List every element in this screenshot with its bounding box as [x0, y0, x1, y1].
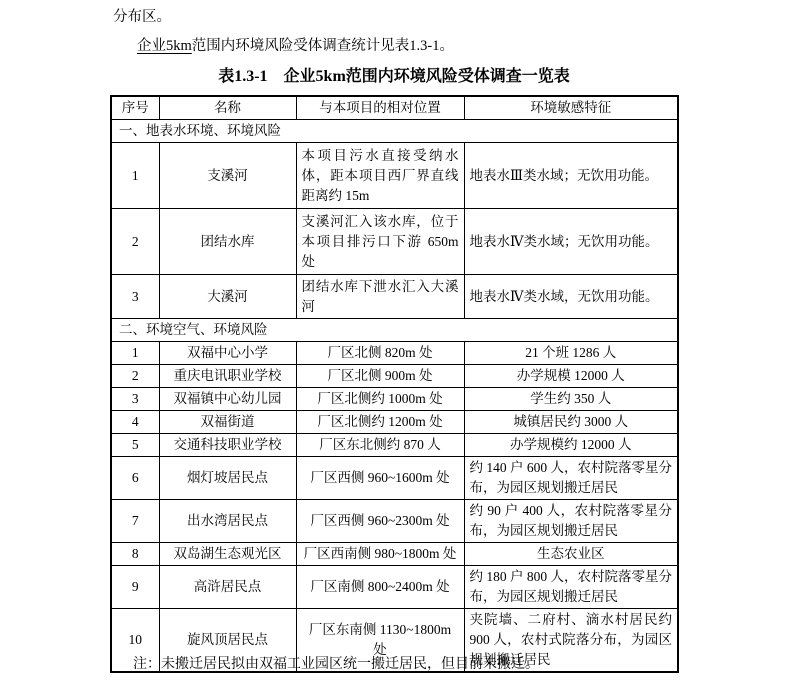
- cell-feature: 约 180 户 800 人，农村院落零星分布，为园区规划搬迁居民: [464, 566, 678, 609]
- cell-feature: 地表水Ⅳ类水域，无饮用功能。: [464, 275, 678, 319]
- table-row: 9 高浒居民点 厂区南侧 800~2400m 处 约 180 户 800 人，农…: [111, 566, 678, 609]
- cell-feature: 约 140 户 600 人，农村院落零星分布，为园区规划搬迁居民: [464, 457, 678, 500]
- cell-name: 支溪河: [159, 143, 296, 209]
- cell-position: 厂区东北侧约 870 人: [296, 434, 464, 457]
- cell-feature: 城镇居民约 3000 人: [464, 411, 678, 434]
- cell-name: 双岛湖生态观光区: [159, 543, 296, 566]
- paragraph-fragment: 分布区。: [113, 7, 171, 27]
- cell-position: 厂区南侧 800~2400m 处: [296, 566, 464, 609]
- cell-feature: 地表水Ⅳ类水域；无饮用功能。: [464, 209, 678, 275]
- table-row: 2 重庆电讯职业学校 厂区北侧 900m 处 办学规模 12000 人: [111, 365, 678, 388]
- column-header-name: 名称: [159, 96, 296, 120]
- table-title: 表1.3-1 企业5km范围内环境风险受体调查一览表: [0, 63, 788, 86]
- section-row-air: 二、环境空气、环境风险: [111, 319, 678, 342]
- cell-no: 3: [111, 275, 159, 319]
- column-header-feature: 环境敏感特征: [464, 96, 678, 120]
- cell-name: 高浒居民点: [159, 566, 296, 609]
- cell-feature: 地表水Ⅲ类水域；无饮用功能。: [464, 143, 678, 209]
- cell-name: 团结水库: [159, 209, 296, 275]
- table-row: 3 双福镇中心幼儿园 厂区北侧约 1000m 处 学生约 350 人: [111, 388, 678, 411]
- cell-no: 4: [111, 411, 159, 434]
- cell-position: 本项目污水直接受纳水体，距本项目西厂界直线距离约 15m: [296, 143, 464, 209]
- cell-no: 5: [111, 434, 159, 457]
- cell-name: 重庆电讯职业学校: [159, 365, 296, 388]
- section-row-surface-water: 一、地表水环境、环境风险: [111, 120, 678, 143]
- cell-no: 8: [111, 543, 159, 566]
- cell-feature: 学生约 350 人: [464, 388, 678, 411]
- table-row: 2 团结水库 支溪河汇入该水库，位于本项目排污口下游 650m 处 地表水Ⅳ类水…: [111, 209, 678, 275]
- cell-position: 厂区北侧 820m 处: [296, 342, 464, 365]
- table-row: 4 双福街道 厂区北侧约 1200m 处 城镇居民约 3000 人: [111, 411, 678, 434]
- cell-feature: 约 90 户 400 人，农村院落零星分布，为园区规划搬迁居民: [464, 500, 678, 543]
- cell-position: 支溪河汇入该水库，位于本项目排污口下游 650m 处: [296, 209, 464, 275]
- cell-position: 厂区北侧约 1000m 处: [296, 388, 464, 411]
- cell-position: 厂区西侧 960~2300m 处: [296, 500, 464, 543]
- cell-position: 厂区西南侧 980~1800m 处: [296, 543, 464, 566]
- cell-feature: 办学规模约 12000 人: [464, 434, 678, 457]
- cell-no: 1: [111, 143, 159, 209]
- column-header-position: 与本项目的相对位置: [296, 96, 464, 120]
- section-title: 一、地表水环境、环境风险: [111, 120, 678, 143]
- table-row: 5 交通科技职业学校 厂区东北侧约 870 人 办学规模约 12000 人: [111, 434, 678, 457]
- cell-name: 大溪河: [159, 275, 296, 319]
- cell-no: 2: [111, 209, 159, 275]
- document-page: 分布区。 企业5km范围内环境风险受体调查统计见表1.3-1。 表1.3-1 企…: [0, 0, 788, 683]
- table-header-row: 序号 名称 与本项目的相对位置 环境敏感特征: [111, 96, 678, 120]
- cell-no: 9: [111, 566, 159, 609]
- lead-sentence: 企业5km范围内环境风险受体调查统计见表1.3-1。: [137, 36, 454, 56]
- table-row: 6 烟灯坡居民点 厂区西侧 960~1600m 处 约 140 户 600 人，…: [111, 457, 678, 500]
- cell-position: 厂区西侧 960~1600m 处: [296, 457, 464, 500]
- cell-name: 出水湾居民点: [159, 500, 296, 543]
- cell-name: 双福中心小学: [159, 342, 296, 365]
- lead-sentence-rest-text: 范围内环境风险受体调查统计见表1.3-1。: [192, 38, 454, 54]
- cell-position: 团结水库下泄水汇入大溪河: [296, 275, 464, 319]
- cell-no: 7: [111, 500, 159, 543]
- column-header-no: 序号: [111, 96, 159, 120]
- table-row: 8 双岛湖生态观光区 厂区西南侧 980~1800m 处 生态农业区: [111, 543, 678, 566]
- cell-no: 6: [111, 457, 159, 500]
- risk-receptor-survey-table: 序号 名称 与本项目的相对位置 环境敏感特征 一、地表水环境、环境风险 1 支溪…: [110, 95, 679, 673]
- section-title: 二、环境空气、环境风险: [111, 319, 678, 342]
- table-row: 7 出水湾居民点 厂区西侧 960~2300m 处 约 90 户 400 人，农…: [111, 500, 678, 543]
- cell-name: 双福街道: [159, 411, 296, 434]
- cell-position: 厂区北侧 900m 处: [296, 365, 464, 388]
- cell-no: 2: [111, 365, 159, 388]
- lead-sentence-underlined-text: 企业5km: [137, 38, 192, 54]
- table-note: 注：未搬迁居民拟由双福工业园区统一搬迁居民，但目前未搬迁。: [133, 655, 539, 675]
- table-row: 1 支溪河 本项目污水直接受纳水体，距本项目西厂界直线距离约 15m 地表水Ⅲ类…: [111, 143, 678, 209]
- cell-name: 烟灯坡居民点: [159, 457, 296, 500]
- cell-no: 3: [111, 388, 159, 411]
- cell-name: 交通科技职业学校: [159, 434, 296, 457]
- table-row: 1 双福中心小学 厂区北侧 820m 处 21 个班 1286 人: [111, 342, 678, 365]
- cell-feature: 生态农业区: [464, 543, 678, 566]
- cell-no: 1: [111, 342, 159, 365]
- cell-position: 厂区北侧约 1200m 处: [296, 411, 464, 434]
- cell-name: 双福镇中心幼儿园: [159, 388, 296, 411]
- cell-feature: 办学规模 12000 人: [464, 365, 678, 388]
- cell-feature: 21 个班 1286 人: [464, 342, 678, 365]
- table-row: 3 大溪河 团结水库下泄水汇入大溪河 地表水Ⅳ类水域，无饮用功能。: [111, 275, 678, 319]
